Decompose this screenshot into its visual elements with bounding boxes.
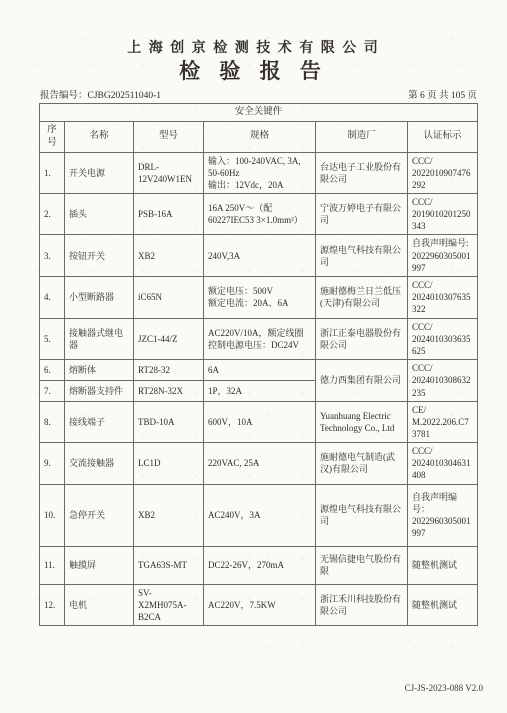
- cell-certification: CCC/ 2022010907476292: [408, 152, 478, 193]
- cell-seq: 3.: [40, 235, 65, 276]
- cell-model: SV-X2MH075A-B2CA: [134, 584, 204, 625]
- cell-seq: 5.: [40, 318, 65, 359]
- cell-name: 按钮开关: [65, 235, 134, 276]
- cell-seq: 6.: [40, 360, 65, 381]
- table-header-row: 序号 名称 型号 规格 制造厂 认证标示: [40, 122, 478, 153]
- cell-seq: 7.: [40, 381, 65, 402]
- cell-spec: 6A: [204, 360, 316, 381]
- table-row: 8. 接线端子 TBD-10A 600V，10A Yuanhuang Elect…: [40, 401, 478, 442]
- col-header-model: 型号: [134, 122, 204, 153]
- cell-manufacturer: 无锡信捷电气股份有限: [316, 546, 408, 584]
- table-row: 3. 按钮开关 XB2 240V,3A 源煌电气科技有限公司 自我声明编号: 2…: [40, 235, 478, 276]
- cell-seq: 4.: [40, 276, 65, 318]
- components-table: 安全关键件 序号 名称 型号 规格 制造厂 认证标示 1. 开关电源 DRL-1…: [39, 103, 478, 626]
- table-row: 5. 接触器式继电器 JZC1-44/Z AC220V/10A，额定线圈控制电源…: [40, 318, 478, 359]
- report-number-value: CJBG202511040-1: [88, 91, 162, 101]
- cell-manufacturer: 浙江禾川科技股份有限公司: [316, 584, 408, 625]
- cell-model: DRL-12V240W1EN: [134, 152, 204, 193]
- cell-certification: CCC/ 2024010304631408: [408, 443, 478, 484]
- cell-spec: 240V,3A: [204, 235, 316, 276]
- cell-model: PSB-16A: [134, 194, 204, 235]
- cell-model: RT28-32: [134, 360, 204, 381]
- cell-spec: 600V，10A: [204, 401, 316, 442]
- cell-certification: CCC/ 2019010201250343: [408, 194, 478, 235]
- cell-manufacturer: 台达电子工业股份有限公司: [316, 152, 408, 193]
- company-name: 上 海 创 京 检 测 技 术 有 限 公 司: [0, 37, 507, 57]
- cell-manufacturer: 源煌电气科技有限公司: [316, 235, 408, 276]
- table-caption-row: 安全关键件: [40, 104, 478, 122]
- cell-certification: 自我声明编号: 2022960305001997: [408, 235, 478, 276]
- cell-certification: 随整机测试: [408, 546, 478, 584]
- cell-model: RT28N-32X: [134, 381, 204, 402]
- cell-name: 熔断体: [65, 360, 134, 381]
- cell-spec: DC22-26V，270mA: [204, 546, 316, 584]
- cell-manufacturer: Yuanhuang Electric Technology Co., Ltd: [316, 401, 408, 442]
- cell-name: 熔断器支持件: [65, 381, 134, 402]
- cell-model: iC65N: [134, 276, 204, 318]
- document-code: CJ-JS-2023-088 V2.0: [405, 683, 483, 693]
- col-header-spec: 规格: [204, 122, 316, 153]
- table-row: 9. 交流接触器 LC1D 220VAC, 25A 施耐德电气制造(武汉)有限公…: [40, 443, 478, 484]
- cell-certification-merged: CCC/ 2024010308632235: [408, 360, 478, 401]
- table-row: 2. 插头 PSB-16A 16A 250V～（配 60227IEC53 3×1…: [40, 194, 478, 235]
- cell-certification: CCC/ 2024010307635322: [408, 276, 478, 318]
- cell-spec: 16A 250V～（配 60227IEC53 3×1.0mm²）: [204, 194, 316, 235]
- cell-seq: 10.: [40, 484, 65, 546]
- cell-name: 开关电源: [65, 152, 134, 193]
- col-header-seq: 序号: [40, 122, 65, 153]
- cell-manufacturer: 宁波万婷电子有限公司: [316, 194, 408, 235]
- cell-model: TBD-10A: [134, 401, 204, 442]
- cell-name: 插头: [65, 194, 134, 235]
- table-row: 4. 小型断路器 iC65N 额定电压：500V 额定电流：20A、6A 施耐德…: [40, 276, 478, 318]
- cell-spec: 1P，32A: [204, 381, 316, 402]
- cell-name: 急停开关: [65, 484, 134, 546]
- col-header-name: 名称: [65, 122, 134, 153]
- cell-spec: AC240V，3A: [204, 484, 316, 546]
- cell-certification: CCC/ 2024010303635625: [408, 318, 478, 359]
- cell-name: 接触器式继电器: [65, 318, 134, 359]
- cell-seq: 8.: [40, 401, 65, 442]
- report-number: 报告编号：CJBG202511040-1: [40, 87, 161, 101]
- cell-manufacturer: 施耐德电气制造(武汉)有限公司: [316, 443, 408, 484]
- report-page: 上 海 创 京 检 测 技 术 有 限 公 司 检 验 报 告 报告编号：CJB…: [0, 0, 507, 713]
- cell-spec: 输入：100-240VAC, 3A, 50-60Hz 输出：12Vdc，20A: [204, 152, 316, 193]
- cell-seq: 12.: [40, 584, 65, 625]
- table-row: 6. 熔断体 RT28-32 6A 德力西集团有限公司 CCC/ 2024010…: [40, 360, 478, 381]
- col-header-manufacturer: 制造厂: [316, 122, 408, 153]
- table-row: 10. 急停开关 XB2 AC240V，3A 源煌电气科技有限公司 自我声明编号…: [40, 484, 478, 546]
- cell-certification: CE/ M.2022.206.C73781: [408, 401, 478, 442]
- cell-name: 电机: [65, 584, 134, 625]
- meta-row: 报告编号：CJBG202511040-1 第 6 页 共 105 页: [40, 87, 477, 101]
- cell-seq: 11.: [40, 546, 65, 584]
- cell-spec: AC220V/10A，额定线圈控制电源电压：DC24V: [204, 318, 316, 359]
- cell-manufacturer: 浙江正泰电器股份有限公司: [316, 318, 408, 359]
- cell-model: XB2: [134, 235, 204, 276]
- cell-model: JZC1-44/Z: [134, 318, 204, 359]
- cell-manufacturer: 源煌电气科技有限公司: [316, 484, 408, 546]
- cell-spec: AC220V，7.5KW: [204, 584, 316, 625]
- cell-name: 交流接触器: [65, 443, 134, 484]
- cell-seq: 2.: [40, 194, 65, 235]
- cell-manufacturer-merged: 德力西集团有限公司: [316, 360, 408, 401]
- cell-name: 小型断路器: [65, 276, 134, 318]
- report-number-label: 报告编号：: [40, 91, 88, 101]
- table-row: 1. 开关电源 DRL-12V240W1EN 输入：100-240VAC, 3A…: [40, 152, 478, 193]
- report-title: 检 验 报 告: [0, 55, 507, 85]
- cell-certification: 自我声明编号： 2022960305001997: [408, 484, 478, 546]
- cell-name: 接线端子: [65, 401, 134, 442]
- table-row: 12. 电机 SV-X2MH075A-B2CA AC220V，7.5KW 浙江禾…: [40, 584, 478, 625]
- cell-spec: 额定电压：500V 额定电流：20A、6A: [204, 276, 316, 318]
- cell-certification: 随整机测试: [408, 584, 478, 625]
- cell-seq: 9.: [40, 443, 65, 484]
- cell-model: LC1D: [134, 443, 204, 484]
- table-row: 11. 触摸屏 TGA63S-MT DC22-26V，270mA 无锡信捷电气股…: [40, 546, 478, 584]
- cell-spec: 220VAC, 25A: [204, 443, 316, 484]
- cell-model: TGA63S-MT: [134, 546, 204, 584]
- page-indicator: 第 6 页 共 105 页: [408, 87, 477, 101]
- cell-model: XB2: [134, 484, 204, 546]
- col-header-certification: 认证标示: [408, 122, 478, 153]
- cell-name: 触摸屏: [65, 546, 134, 584]
- cell-manufacturer: 施耐德梅兰日兰低压(天津)有限公司: [316, 276, 408, 318]
- cell-seq: 1.: [40, 152, 65, 193]
- table-caption: 安全关键件: [40, 104, 478, 122]
